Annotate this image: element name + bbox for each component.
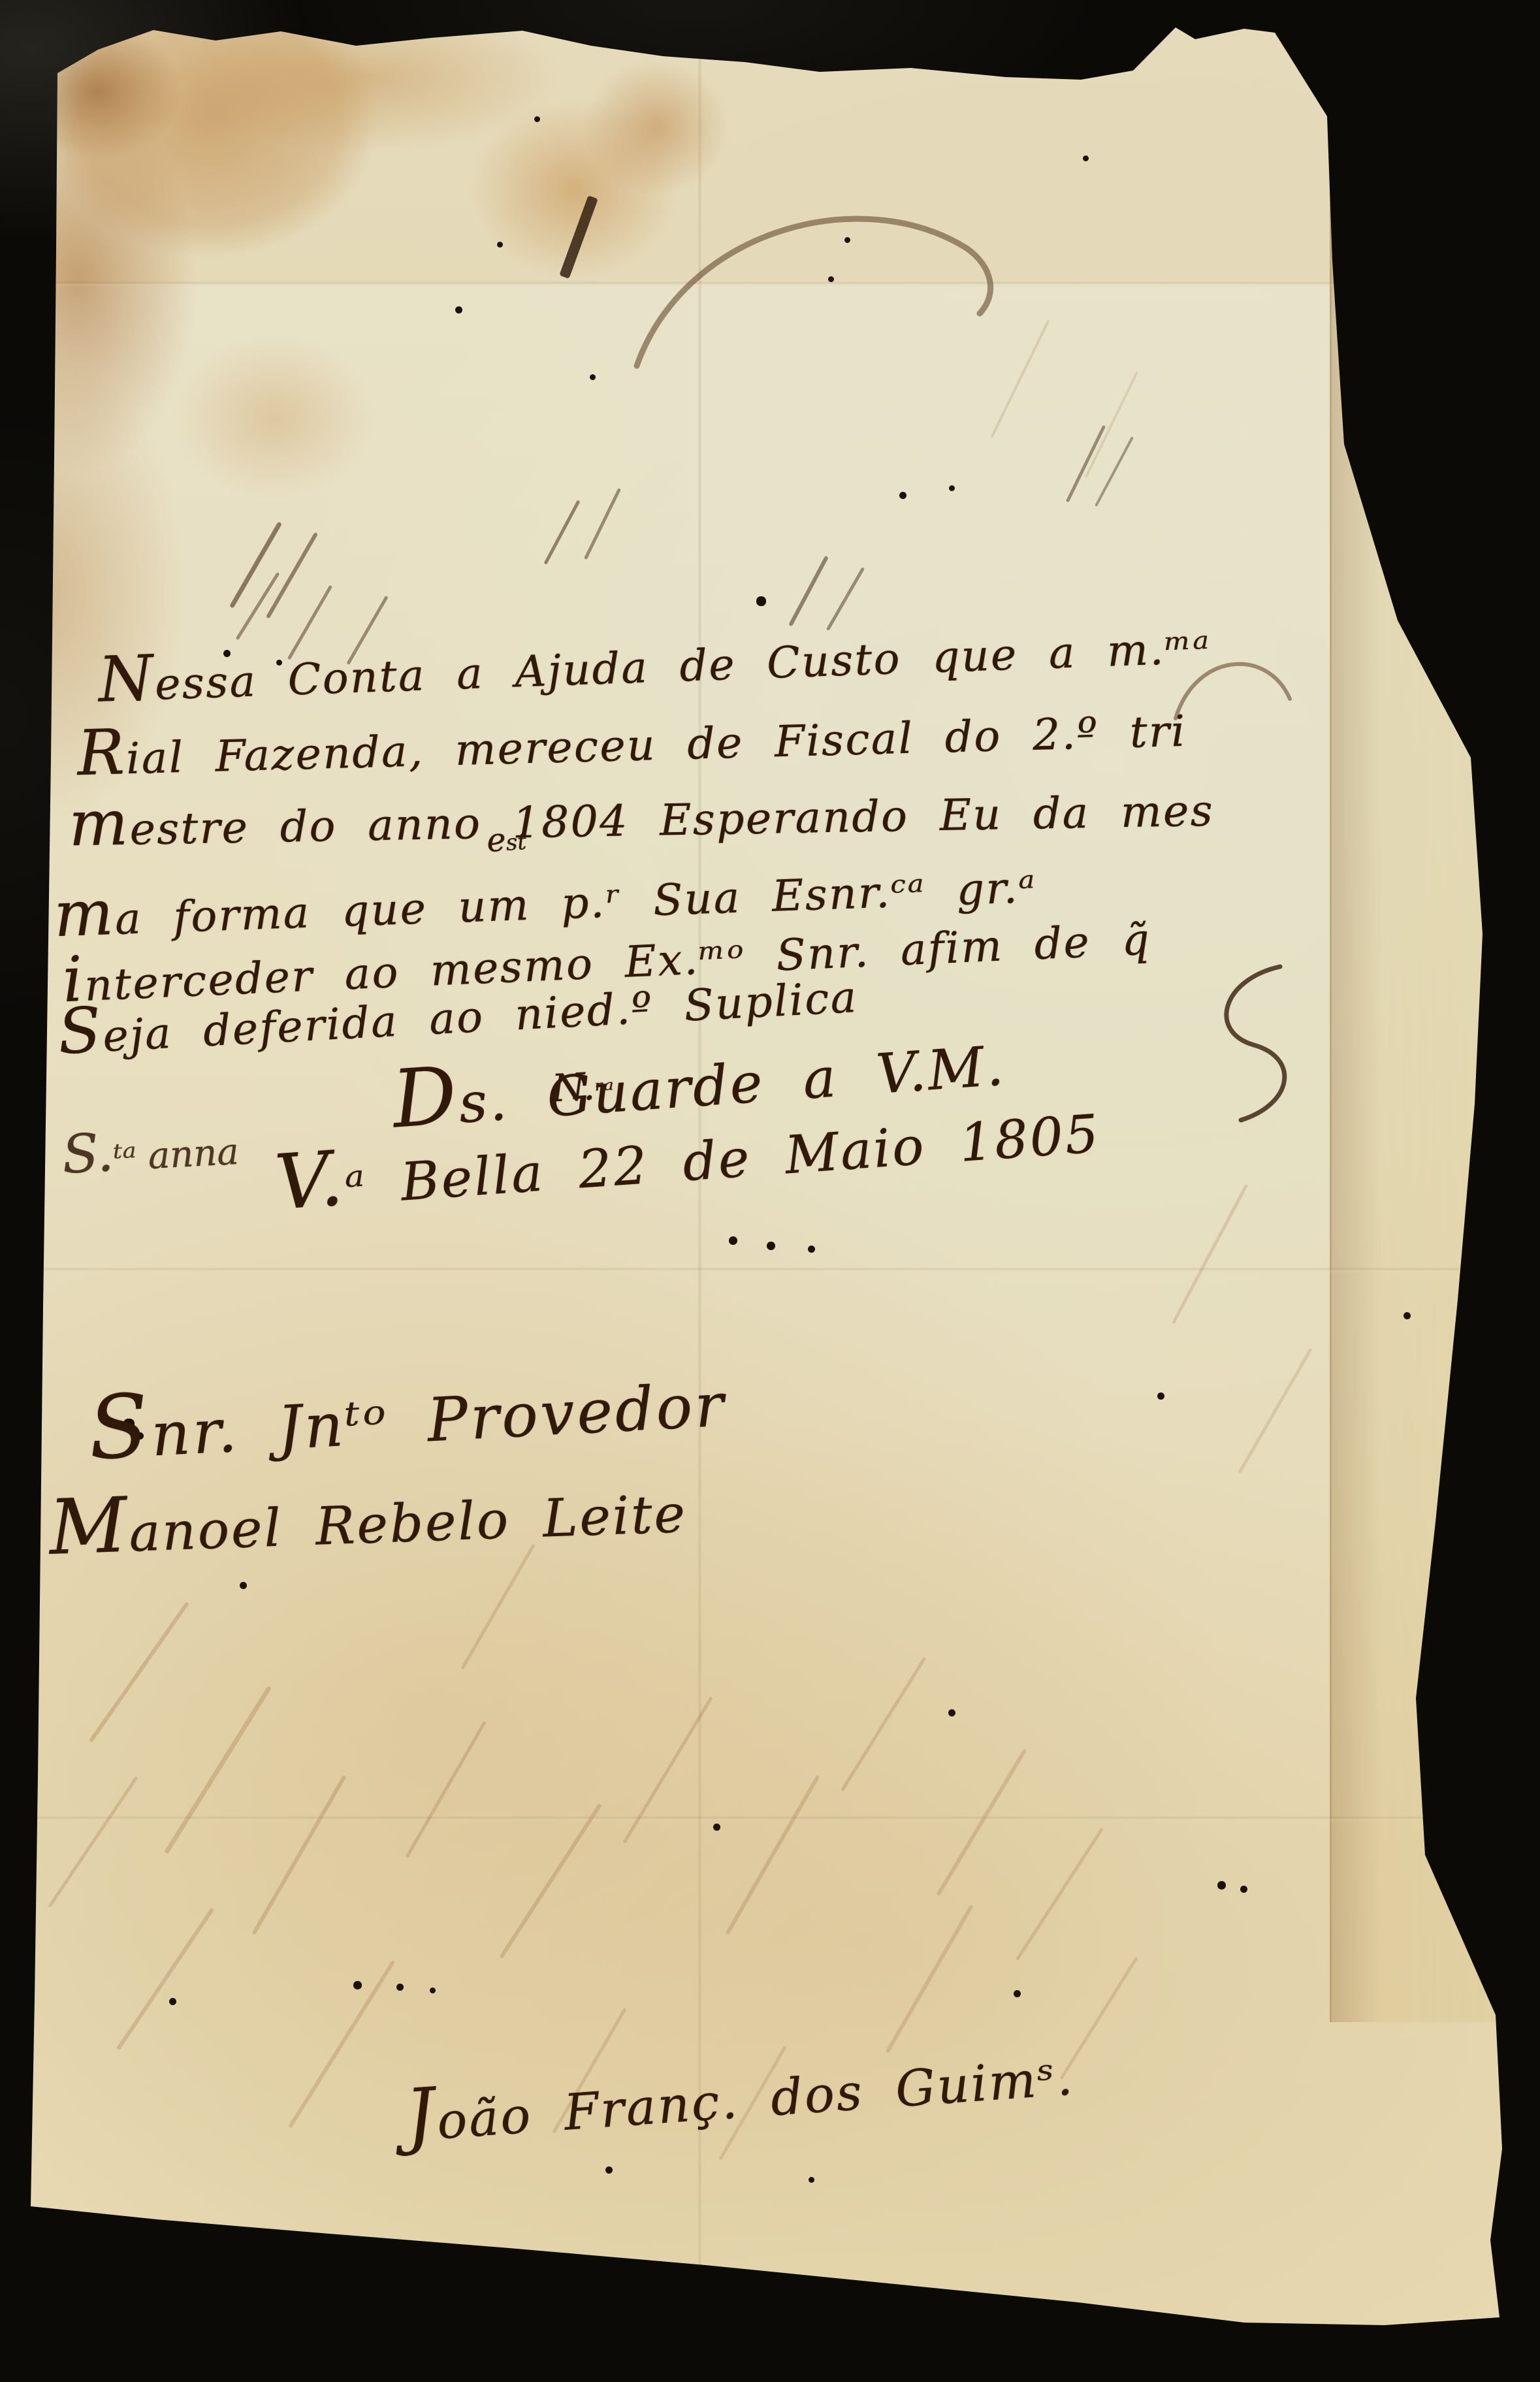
ghost-stroke — [841, 1657, 926, 1792]
ghost-stroke — [164, 1686, 272, 1854]
ghost-stroke — [116, 1908, 214, 2051]
ghost-stroke — [936, 1748, 1027, 1896]
addressee-name-line: Manoel Rebelo Leite — [48, 1462, 688, 1572]
ghost-stroke — [725, 1775, 820, 1935]
ghost-stroke — [251, 1775, 346, 1935]
ink-specks — [0, 0, 3, 3]
dateline-superscript: N.ʳᵃ — [551, 1063, 615, 1111]
pen-flourish-stroke — [788, 556, 829, 627]
ghost-stroke — [1016, 1827, 1104, 1961]
right-fold-strip — [1330, 115, 1498, 2022]
ghost-stroke — [460, 1543, 535, 1669]
interline-note: est — [485, 819, 527, 860]
pen-flourish-stroke — [229, 521, 282, 608]
manuscript-page: Nessa Conta a Ajuda de Custo que a m.ᵐᵃ … — [0, 0, 1540, 2382]
dateline-margin: S.ᵗᵃ anna — [61, 1116, 240, 1186]
pen-flourish-stroke — [1066, 425, 1106, 502]
ghost-stroke — [405, 1721, 486, 1858]
ghost-stroke — [1085, 371, 1139, 478]
paraph-flourish — [1182, 954, 1313, 1136]
horizontal-crease — [0, 1267, 1540, 1273]
pen-flourish-stroke — [543, 500, 580, 564]
ghost-stroke — [1238, 1347, 1312, 1473]
ghost-stroke — [499, 1803, 602, 1959]
signature: João Franç. dos Guimˢ. — [403, 2027, 1076, 2157]
ghost-stroke — [48, 1776, 138, 1908]
horizontal-crease — [0, 1816, 1540, 1822]
ghost-stroke — [288, 1960, 395, 2129]
pen-flourish-stroke — [584, 488, 621, 560]
photograph-background: { "letter": { "body_lines": [ "Nessa Con… — [0, 0, 1540, 2382]
ink-blot-stroke — [559, 195, 598, 279]
addressee-title-line: Snr. Jnᵗᵒ Provedor — [86, 1345, 728, 1480]
ghost-stroke — [89, 1601, 189, 1743]
ghost-stroke — [885, 1905, 973, 2053]
pen-flourish-stroke — [266, 532, 318, 619]
pen-swash — [627, 189, 1012, 385]
ghost-stroke — [1172, 1184, 1248, 1324]
